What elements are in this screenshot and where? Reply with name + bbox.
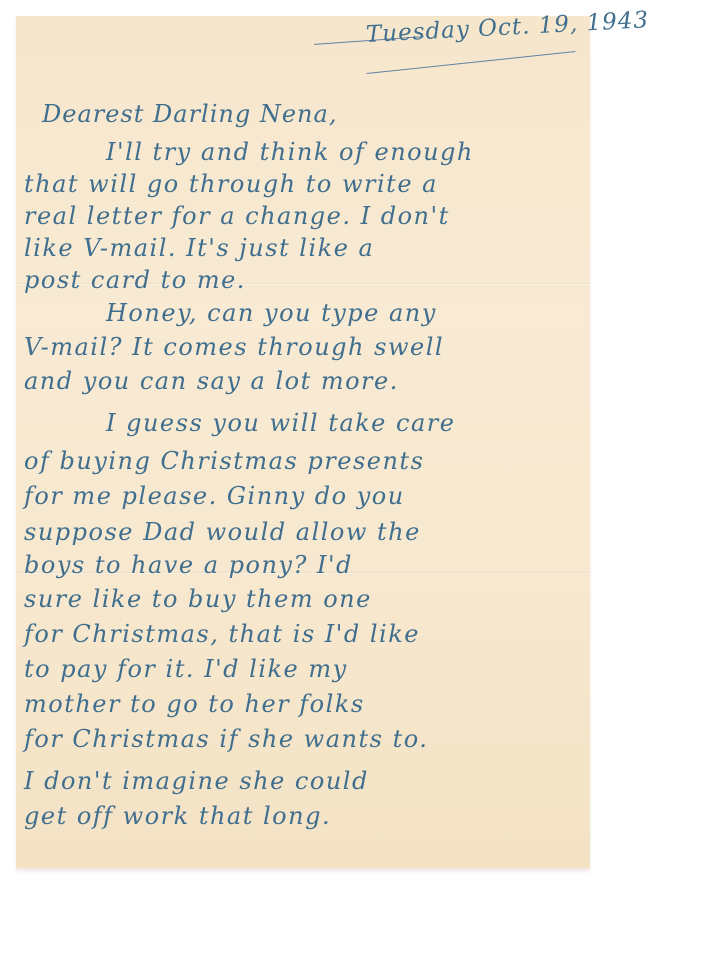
letter-line: get off work that long. bbox=[24, 802, 331, 830]
letter-page: Tuesday Oct. 19, 1943 Dearest Darling Ne… bbox=[16, 16, 590, 868]
letter-line: suppose Dad would allow the bbox=[24, 518, 421, 546]
letter-line: real letter for a change. I don't bbox=[24, 202, 450, 230]
letter-line: for Christmas if she wants to. bbox=[24, 725, 428, 753]
letter-line: V-mail? It comes through swell bbox=[24, 333, 444, 361]
letter-line: mother to go to her folks bbox=[24, 690, 365, 718]
letter-line: I don't imagine she could bbox=[24, 767, 369, 795]
letter-line: for me please. Ginny do you bbox=[24, 482, 405, 510]
letter-date: Tuesday Oct. 19, 1943 bbox=[365, 7, 649, 48]
letter-line: that will go through to write a bbox=[24, 170, 438, 198]
letter-line: sure like to buy them one bbox=[24, 585, 372, 613]
letter-line: boys to have a pony? I'd bbox=[24, 551, 353, 579]
letter-greeting: Dearest Darling Nena, bbox=[42, 100, 337, 128]
letter-line: Honey, can you type any bbox=[106, 299, 437, 327]
letter-line: for Christmas, that is I'd like bbox=[24, 620, 420, 648]
letter-line: post card to me. bbox=[24, 266, 246, 294]
date-underline bbox=[367, 51, 576, 74]
letter-line: like V-mail. It's just like a bbox=[24, 234, 374, 262]
letter-line: I'll try and think of enough bbox=[106, 138, 474, 166]
letter-line: I guess you will take care bbox=[106, 409, 455, 437]
letter-line: to pay for it. I'd like my bbox=[24, 655, 348, 683]
letter-line: of buying Christmas presents bbox=[24, 447, 424, 475]
letter-line: and you can say a lot more. bbox=[24, 367, 399, 395]
